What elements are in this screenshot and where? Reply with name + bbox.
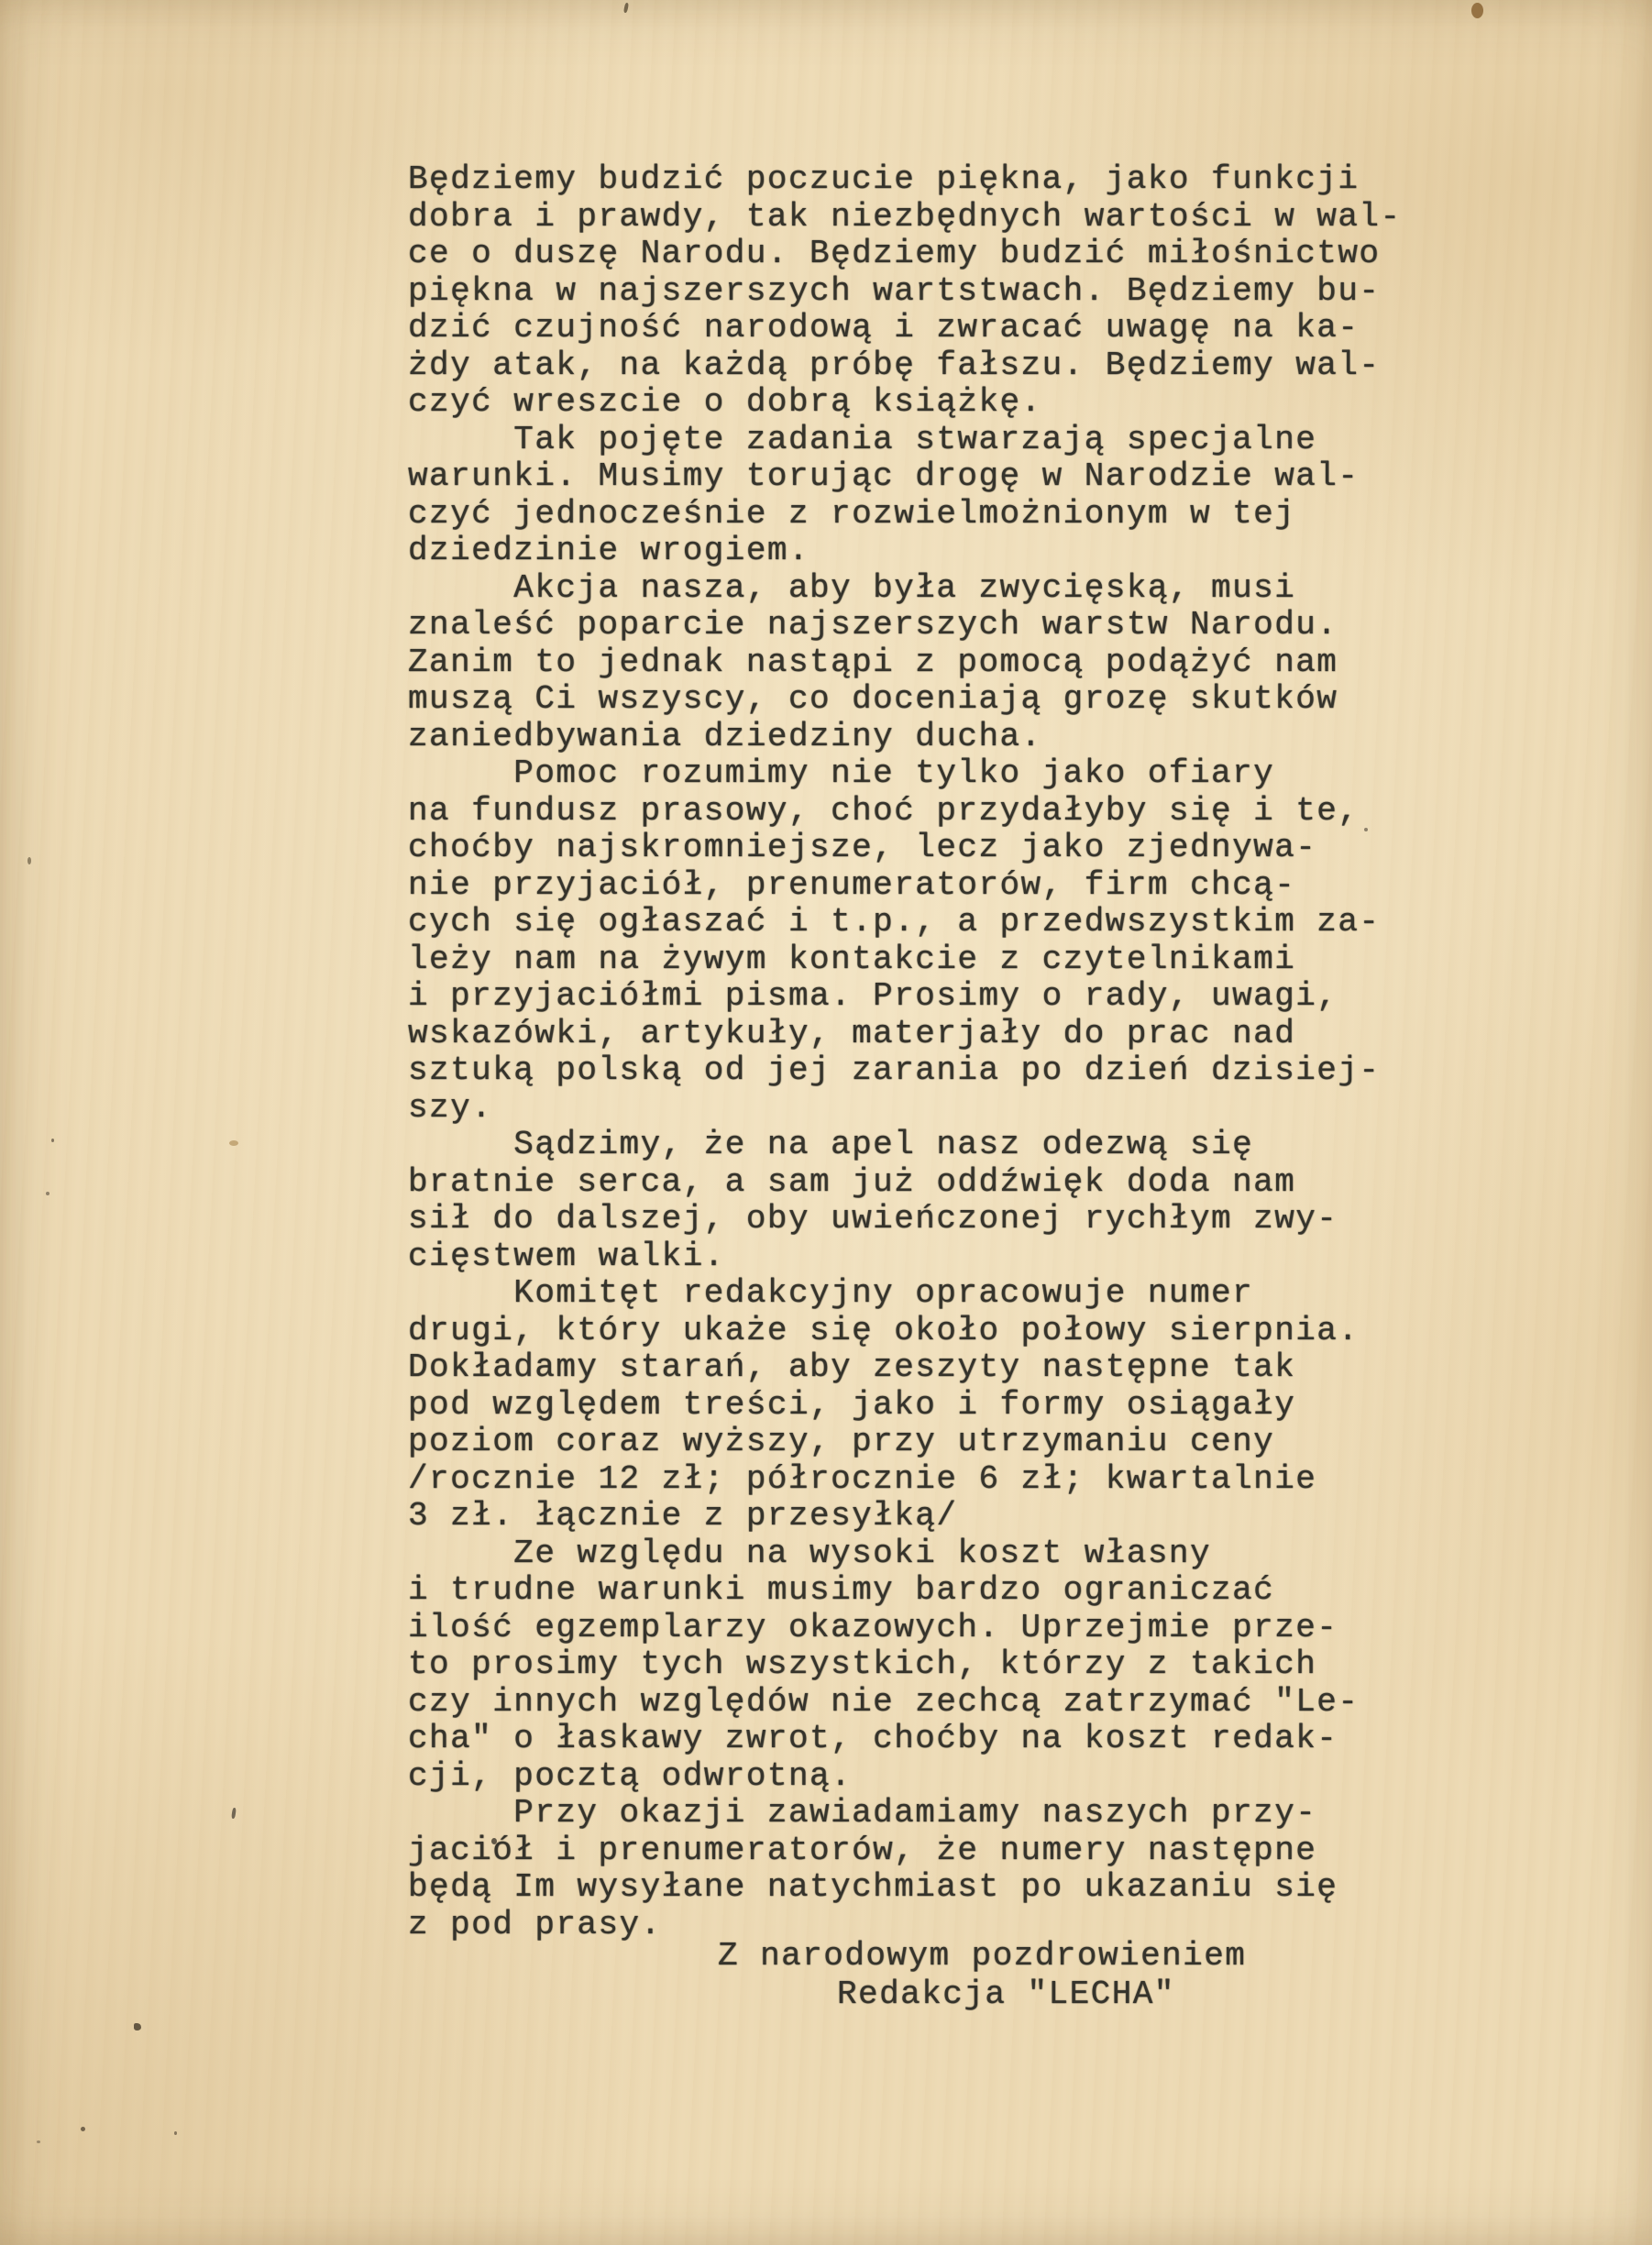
- ink-speck: [231, 1808, 237, 1819]
- ink-speck: [174, 2131, 177, 2135]
- paper-stain: [1471, 3, 1483, 18]
- ink-speck: [134, 2023, 141, 2030]
- letter-page: Będziemy budzić poczucie piękna, jako fu…: [0, 0, 1652, 2245]
- closing-signature: Redakcja "LECHA": [837, 1976, 1175, 2014]
- ink-speck: [1364, 828, 1368, 831]
- ink-speck: [491, 1838, 497, 1844]
- ink-speck: [46, 1192, 50, 1195]
- paper-stain: [229, 1140, 238, 1146]
- ink-speck: [623, 3, 629, 14]
- ink-speck: [81, 2127, 85, 2131]
- ink-speck: [28, 857, 31, 864]
- closing-salutation: Z narodowym pozdrowieniem: [718, 1938, 1246, 1975]
- letter-body-text: Będziemy budzić poczucie piękna, jako fu…: [408, 161, 1453, 1943]
- ink-speck: [37, 2140, 40, 2143]
- ink-speck: [51, 1139, 54, 1142]
